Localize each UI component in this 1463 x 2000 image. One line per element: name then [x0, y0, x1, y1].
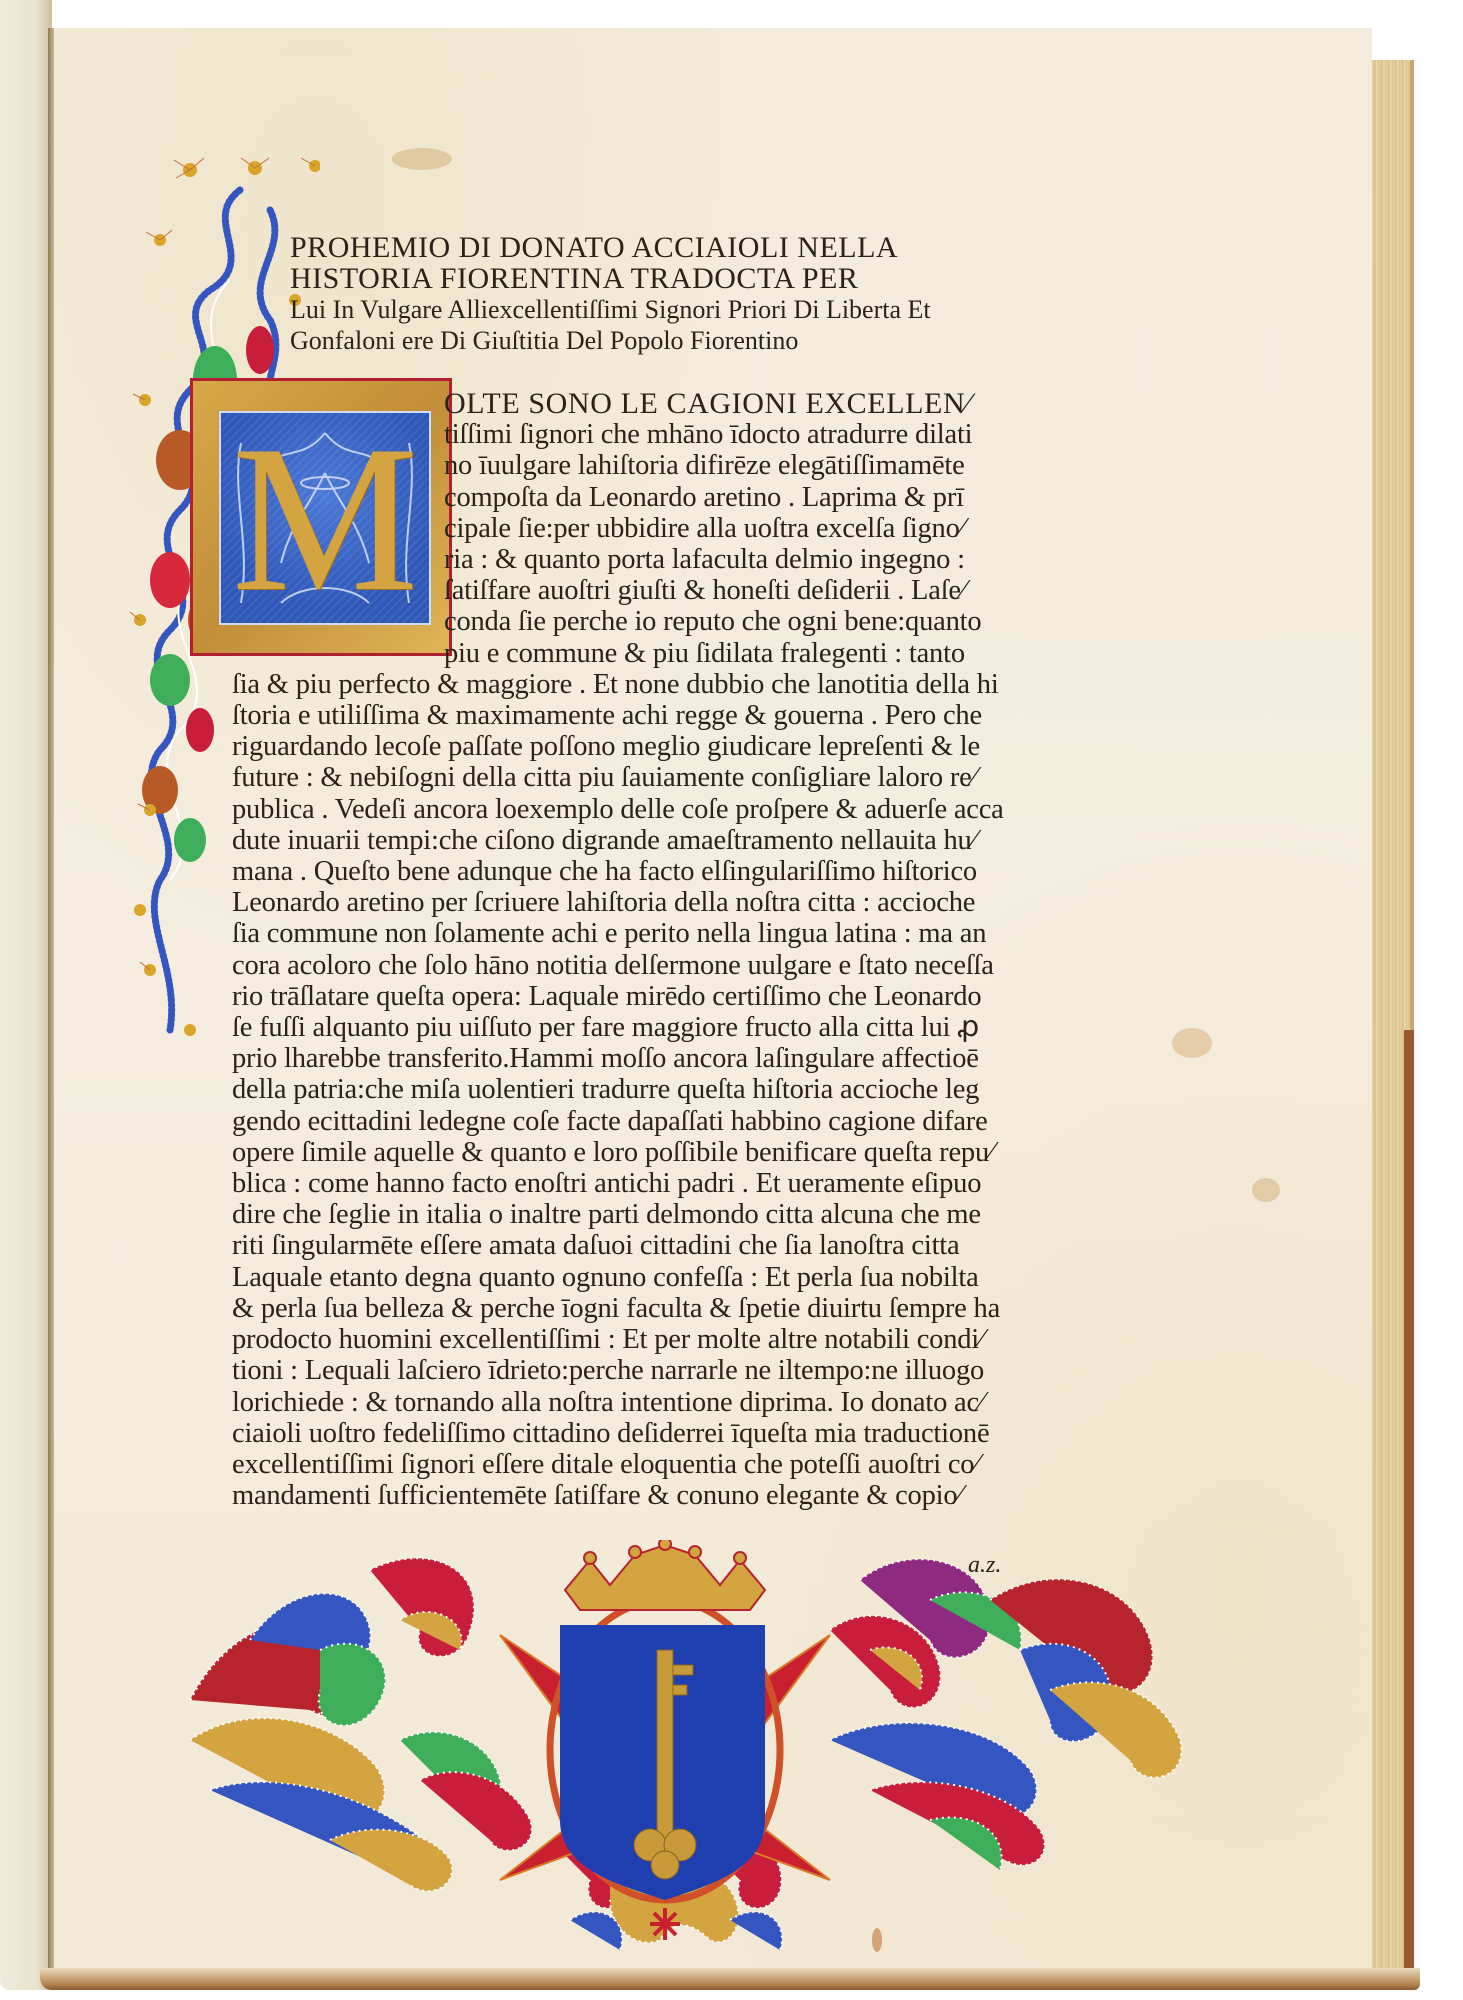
text-line: ſia commune non ſolamente achi e perito …: [232, 918, 1012, 949]
text-line: ſia & piu perfecto & maggiore . Et none …: [232, 669, 1012, 700]
text-line: della patria:che miſa uolentieri tradurr…: [232, 1074, 1012, 1105]
left-page-edge: [0, 0, 52, 1990]
title-heading: PROHEMIO DI DONATO ACCIAIOLI NELLA HISTO…: [290, 232, 1010, 356]
text-line: blica : come hanno facto enoſtri antichi…: [232, 1168, 1012, 1199]
text-line: ſtoria e utiliſſima & maximamente achi r…: [232, 700, 1012, 731]
text-line: cipale ſie:per ubbidire alla uoſtra exce…: [444, 513, 1012, 544]
book-gutter: [48, 28, 54, 1988]
body-text: OLTE SONO LE CAGIONI EXCELLEN⁄ tiſſimi ſ…: [292, 388, 1012, 1511]
leather-cover-edge: [1404, 1030, 1414, 1980]
text-line: ſatiſfare auoſtri giuſti & honeſti deſid…: [444, 575, 1012, 606]
text-line: ria : & quanto porta lafaculta delmio in…: [444, 544, 1012, 575]
text-line: dute inuarii tempi:che ciſono digrande a…: [232, 825, 1012, 856]
text-line: piu e commune & piu ſidilata fralegenti …: [444, 638, 1012, 669]
text-line: excellentiſſimi ſignori eſſere ditale el…: [232, 1449, 1012, 1480]
text-line: tiſſimi ſignori che mhāno īdocto atradur…: [444, 419, 1012, 450]
text-line: & perla ſua belleza & perche īogni facul…: [232, 1293, 1012, 1324]
text-line: conda ſie perche io reputo che ogni bene…: [444, 606, 1012, 637]
heading-line-2: HISTORIA FIORENTINA TRADOCTA PER: [290, 263, 1010, 294]
text-line: mandamenti ſufficientemēte ſatiſfare & c…: [232, 1480, 1012, 1511]
text-line: prodocto huomini excellentiſſimi : Et pe…: [232, 1324, 1012, 1355]
paper-stain: [1172, 1028, 1212, 1058]
text-line: OLTE SONO LE CAGIONI EXCELLEN⁄: [444, 388, 1012, 419]
text-line: future : & nebiſogni della citta piu ſau…: [232, 762, 1012, 793]
text-line: ciaioli uoſtro fedeliſſimo cittadino deſ…: [232, 1418, 1012, 1449]
text-line: no īuulgare lahiſtoria difirēze elegātiſ…: [444, 450, 1012, 481]
text-line: compoſta da Leonardo aretino . Laprima &…: [444, 482, 1012, 513]
coat-of-arms-decoration: [170, 1540, 1200, 1960]
text-line: cora acoloro che ſolo hāno notitia delſe…: [232, 950, 1012, 981]
text-line: prio lharebbe transferito.Hammi moſſo an…: [232, 1043, 1012, 1074]
text-line: opere ſimile aquelle & quanto e loro poſ…: [232, 1137, 1012, 1168]
text-line: ſe fuſſi alquanto piu uiſſuto per fare m…: [232, 1012, 1012, 1043]
text-line: publica . Vedeſi ancora loexemplo delle …: [232, 794, 1012, 825]
text-line: lorichiede : & tornando alla noſtra inte…: [232, 1387, 1012, 1418]
heading-line-4: Gonfaloni ere Di Giuſtitia Del Popolo Fi…: [290, 325, 1010, 356]
text-line: Leonardo aretino per ſcriuere lahiſtoria…: [232, 887, 1012, 918]
paper-stain: [1252, 1178, 1280, 1202]
heading-line-1: PROHEMIO DI DONATO ACCIAIOLI NELLA: [290, 232, 1010, 263]
text-line: mana . Queſto bene adunque che ha facto …: [232, 856, 1012, 887]
book-bottom-edge: [40, 1968, 1420, 1990]
text-line: riguardando lecoſe paſſate poſſono megli…: [232, 731, 1012, 762]
text-line: gendo ecittadini ledegne coſe facte dapa…: [232, 1106, 1012, 1137]
text-line: rio trāſlatare queſta opera: Laquale mir…: [232, 981, 1012, 1012]
text-line: Laquale etanto degna quanto ognuno confe…: [232, 1262, 1012, 1293]
paper-stain: [392, 148, 452, 170]
text-line: tioni : Lequali laſciero īdrieto:perche …: [232, 1355, 1012, 1386]
heading-line-3: Lui In Vulgare Alliexcellentiſſimi Signo…: [290, 294, 1010, 325]
text-line: riti ſingularmēte eſſere amata daſuoi ci…: [232, 1230, 1012, 1261]
text-line: dire che ſeglie in italia o inaltre part…: [232, 1199, 1012, 1230]
